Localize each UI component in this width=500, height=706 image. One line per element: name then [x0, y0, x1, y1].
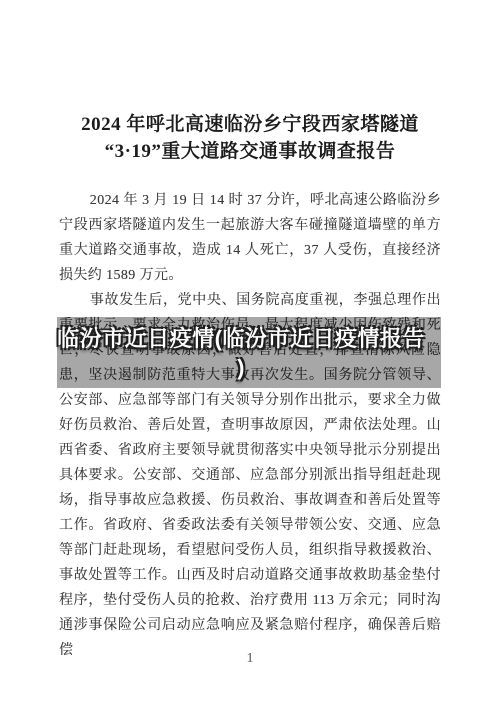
watermark-title-line2: ): [0, 353, 482, 382]
page-number: 1: [0, 651, 500, 667]
document-body: 2024 年 3 月 19 日 14 时 37 分许，呼北高速公路临汾乡宁段西家…: [59, 188, 441, 663]
document-title: 2024 年呼北高速临汾乡宁段西家塔隧道 “3·19”重大道路交通事故调查报告: [0, 111, 500, 165]
paragraph-accident-summary: 2024 年 3 月 19 日 14 时 37 分许，呼北高速公路临汾乡宁段西家…: [59, 188, 441, 288]
document-page: 2024 年呼北高速临汾乡宁段西家塔隧道 “3·19”重大道路交通事故调查报告 …: [0, 0, 500, 706]
document-title-line1: 2024 年呼北高速临汾乡宁段西家塔隧道: [0, 111, 500, 138]
watermark-title-line1: 临汾市近日疫情(临汾市近日疫情报告: [0, 324, 482, 353]
document-title-line2: “3·19”重大道路交通事故调查报告: [0, 138, 500, 165]
watermark-title: 临汾市近日疫情(临汾市近日疫情报告 ): [0, 324, 482, 382]
